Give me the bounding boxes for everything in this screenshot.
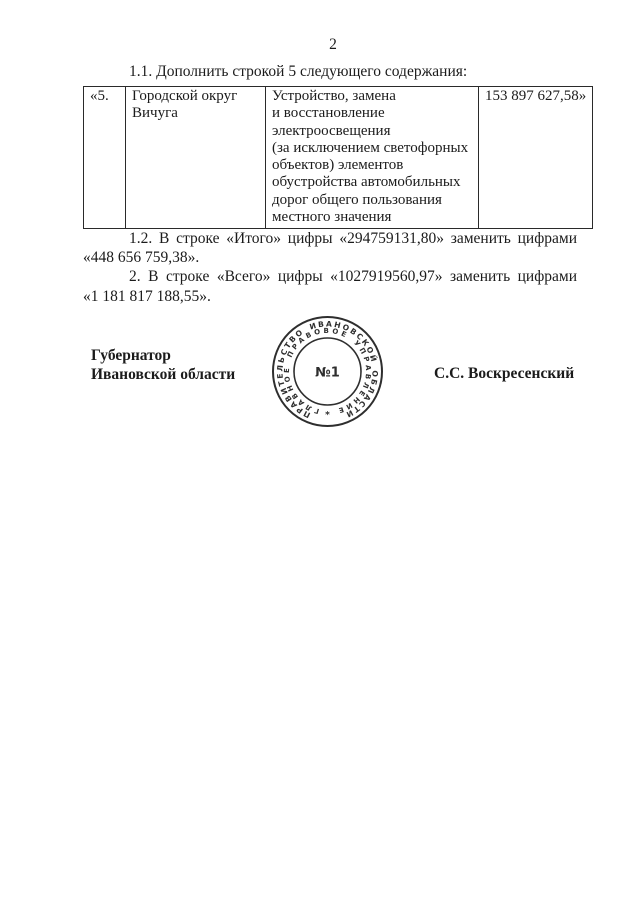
stamp-star-separator-icon: * [325, 411, 330, 421]
paragraph-1-2-line-1: 1.2. В строке «Итого» цифры «294759131,8… [83, 229, 577, 248]
cell-row-number: «5. [84, 87, 126, 229]
cell-municipality: Городской округ Вичуга [126, 87, 266, 229]
amendment-table: «5. Городской округ Вичуга Устройство, з… [83, 86, 593, 229]
amendment-paragraphs: 1.2. В строке «Итого» цифры «294759131,8… [83, 229, 577, 306]
paragraph-1-1: 1.1. Дополнить строкой 5 следующего соде… [83, 63, 577, 81]
cell-description: Устройство, замена и восстановление элек… [266, 87, 479, 229]
document-page: 2 1.1. Дополнить строкой 5 следующего со… [0, 0, 640, 905]
signature-name: С.С. Воскресенский [434, 365, 574, 383]
cell-amount: 153 897 627,58» [479, 87, 593, 229]
paragraph-2-line-1: 2. В строке «Всего» цифры «1027919560,97… [83, 267, 577, 286]
table-row: «5. Городской округ Вичуга Устройство, з… [84, 87, 593, 229]
paragraph-1-2-line-2: «448 656 759,38». [83, 248, 577, 267]
signature-title-line-1: Губернатор [91, 346, 235, 365]
official-seal-stamp-icon: ПРАВИТЕЛЬСТВО ИВАНОВСКОЙ ОБЛАСТИ ГЛАВНОЕ… [267, 311, 388, 432]
signature-title-block: Губернатор Ивановской области [91, 346, 235, 385]
signature-title-line-2: Ивановской области [91, 365, 235, 384]
paragraph-2-line-2: «1 181 817 188,55». [83, 287, 577, 306]
page-number: 2 [83, 36, 583, 54]
stamp-center-number: №1 [315, 366, 340, 381]
